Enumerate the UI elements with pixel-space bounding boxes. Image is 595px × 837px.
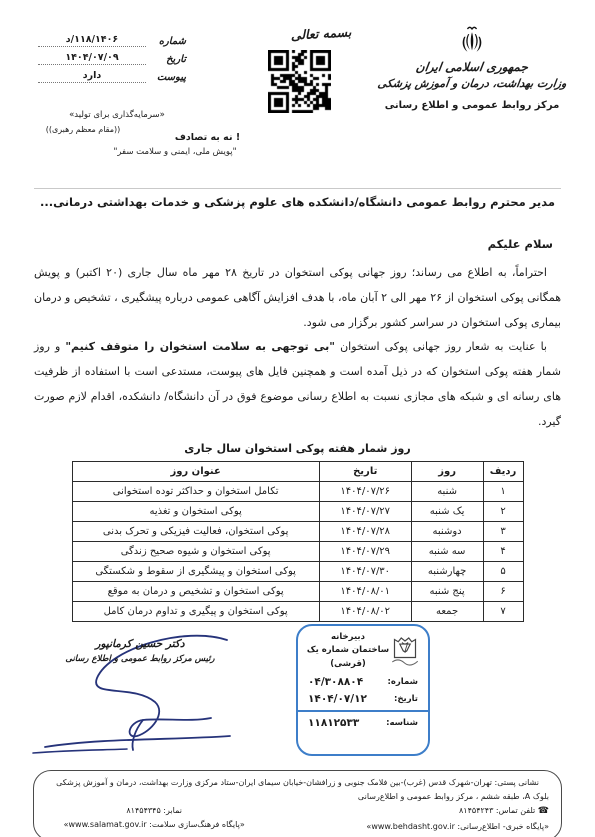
ref-attachment-value: دارد xyxy=(38,70,146,83)
cell-day: یک شنبه xyxy=(411,502,483,522)
cell-date: ۱۴۰۴/۰۷/۲۷ xyxy=(319,502,411,522)
phone-icon: ☎ xyxy=(538,806,549,816)
stamp-number-label: شماره: xyxy=(387,677,418,687)
department-name: مرکز روابط عمومی و اطلاع رسانی xyxy=(377,100,567,111)
addressee-line: مدیر محترم روابط عمومی دانشگاه/دانشکده ه… xyxy=(34,195,561,209)
footer-contact-box: نشانی پستی: تهران-شهرک قدس (غرب)-بین فلا… xyxy=(33,770,562,837)
besmele-calligraphy: بسمه تعالی xyxy=(283,24,360,43)
table-row: ۶پنج شنبه۱۴۰۴/۰۸/۰۱پوکی استخوان و تشخیص … xyxy=(72,582,523,602)
table-row: ۱شنبه۱۴۰۴/۰۷/۲۶تکامل استخوان و حداکثر تو… xyxy=(72,482,523,502)
stamp-date-label: تاریخ: xyxy=(394,694,418,704)
table-row: ۵چهارشنبه۱۴۰۴/۰۷/۳۰پوکی استخوان و پیشگیر… xyxy=(72,562,523,582)
table-row: ۴سه شنبه۱۴۰۴/۰۷/۲۹پوکی استخوان و شیوه صح… xyxy=(72,542,523,562)
cell-date: ۱۴۰۴/۰۸/۰۲ xyxy=(319,602,411,622)
cell-index: ۷ xyxy=(483,602,523,622)
cell-date: ۱۴۰۴/۰۷/۲۶ xyxy=(319,482,411,502)
ref-date-label: تاریخ xyxy=(146,54,186,65)
cell-topic: پوکی استخوان و تغذیه xyxy=(72,502,319,522)
iran-emblem-icon xyxy=(459,24,485,56)
ref-number-label: شماره xyxy=(146,36,186,47)
col-header-day: روز xyxy=(411,462,483,482)
postal-address-line1: نشانی پستی: تهران-شهرک قدس (غرب)-بین فلا… xyxy=(46,776,549,790)
cell-topic: تکامل استخوان و حداکثر توده استخوانی xyxy=(72,482,319,502)
paragraph-1: احتراماً، به اطلاع می رساند؛ روز جهانی پ… xyxy=(34,261,561,335)
footer-left-column: نمابر: ۸۱۴۵۴۳۴۵ «پایگاه فرهنگ‌سازی سلامت… xyxy=(46,804,262,834)
table-header-row: ردیف روز تاریخ عنوان روز xyxy=(72,462,523,482)
paragraph-2-prefix: با عنایت به شعار روز جهانی پوکی استخوان xyxy=(335,340,547,353)
stamp-office-block: دبیرخانه ساختمان شماره یک (قرشی) xyxy=(306,631,390,671)
news-site-line: «پایگاه خبری- اطلاع‌رسانی: www.behdasht.… xyxy=(262,820,549,834)
ref-attachment-label: پیوست xyxy=(146,72,186,83)
stamp-branch: (قرشی) xyxy=(306,658,390,671)
ministry-name: وزارت بهداشت، درمان و آموزش پزشکی xyxy=(376,76,568,93)
cell-day: پنج شنبه xyxy=(411,582,483,602)
stamp-date-row: تاریخ: ۱۴۰۴/۰۷/۱۲ xyxy=(306,693,420,705)
cell-day: سه شنبه xyxy=(411,542,483,562)
table-row: ۷جمعه۱۴۰۴/۰۸/۰۲پوکی استخوان و پیگیری و ت… xyxy=(72,602,523,622)
slogan-no-accident: ! نه به تصادف xyxy=(150,132,265,143)
cell-day: دوشنبه xyxy=(411,522,483,542)
salutation: سلام علیکم xyxy=(34,237,561,251)
fax-line: نمابر: ۸۱۴۵۴۳۴۵ xyxy=(46,804,262,818)
cell-day: شنبه xyxy=(411,482,483,502)
phone-line: ☎ تلفن تماس: ۸۱۴۵۴۲۴۳ xyxy=(262,804,549,820)
cell-index: ۱ xyxy=(483,482,523,502)
cell-topic: پوکی استخوان و پیگیری و تداوم درمان کامل xyxy=(72,602,319,622)
cell-index: ۵ xyxy=(483,562,523,582)
cell-day: چهارشنبه xyxy=(411,562,483,582)
ref-attachment-row: پیوست دارد xyxy=(38,70,186,83)
stamp-id-row: شناسه: ۱۱۸۱۲۵۳۳ xyxy=(306,717,420,729)
cell-index: ۲ xyxy=(483,502,523,522)
campaign-motto: "بی توجهی به سلامت استخوان را متوقف کنیم… xyxy=(65,340,335,353)
slogan-investment: «سرمایه‌گذاری برای تولید» xyxy=(42,110,192,120)
phone-number: تلفن تماس: ۸۱۴۵۴۲۴۳ xyxy=(459,806,535,815)
signatory-name: دکتر حسین کرمانپور xyxy=(55,638,225,650)
cell-day: جمعه xyxy=(411,602,483,622)
postal-address-line2: بلوک A، طبقه ششم ، مرکز روابط عمومی و اط… xyxy=(46,790,549,804)
qr-code xyxy=(268,50,331,113)
letter-page: جمهوری اسلامی ایران وزارت بهداشت، درمان … xyxy=(0,0,595,837)
paragraph-2-rest: و روز شمار هفته پوکی استخوان که در ذیل آ… xyxy=(34,340,561,427)
cell-date: ۱۴۰۴/۰۸/۰۱ xyxy=(319,582,411,602)
cell-topic: پوکی استخوان و پیشگیری از سقوط و شکستگی xyxy=(72,562,319,582)
reference-block: شماره د/۱۱۸/۱۴۰۶ تاریخ ۱۴۰۴/۰۷/۰۹ پیوست … xyxy=(38,34,186,88)
country-name: جمهوری اسلامی ایران xyxy=(376,58,569,76)
signatory-title: رئیس مرکز روابط عمومی و اطلاع رسانی xyxy=(55,654,225,664)
paragraph-2: با عنایت به شعار روز جهانی پوکی استخوان … xyxy=(34,335,561,434)
slogan-attribution: ((مقام معظم رهبری)) xyxy=(28,125,138,134)
signature-stamp-area: دکتر حسین کرمانپور رئیس مرکز روابط عمومی… xyxy=(0,624,595,764)
cell-index: ۴ xyxy=(483,542,523,562)
pharmacy-stamp-icon xyxy=(390,632,420,668)
stamp-id-value: ۱۱۸۱۲۵۳۳ xyxy=(308,717,359,729)
stamp-number-row: شماره: ۰۴/۳۰۸۸۰۴ xyxy=(306,676,420,688)
letterhead: جمهوری اسلامی ایران وزارت بهداشت، درمان … xyxy=(0,0,595,188)
ref-number-row: شماره د/۱۱۸/۱۴۰۶ xyxy=(38,34,186,47)
ref-date-row: تاریخ ۱۴۰۴/۰۷/۰۹ xyxy=(38,52,186,65)
ref-date-value: ۱۴۰۴/۰۷/۰۹ xyxy=(38,52,146,65)
schedule-table: ردیف روز تاریخ عنوان روز ۱شنبه۱۴۰۴/۰۷/۲۶… xyxy=(72,461,524,622)
cell-date: ۱۴۰۴/۰۷/۳۰ xyxy=(319,562,411,582)
table-row: ۲یک شنبه۱۴۰۴/۰۷/۲۷پوکی استخوان و تغذیه xyxy=(72,502,523,522)
col-header-topic: عنوان روز xyxy=(72,462,319,482)
table-title: روز شمار هفته پوکی استخوان سال جاری xyxy=(34,442,561,455)
stamp-building: ساختمان شماره یک xyxy=(306,644,390,657)
health-site-line: «پایگاه فرهنگ‌سازی سلامت: www.salamat.go… xyxy=(46,818,262,832)
footer-columns: ☎ تلفن تماس: ۸۱۴۵۴۲۴۳ «پایگاه خبری- اطلا… xyxy=(46,804,549,834)
stamp-office: دبیرخانه xyxy=(306,631,390,644)
cell-index: ۳ xyxy=(483,522,523,542)
stamp-number-value: ۰۴/۳۰۸۸۰۴ xyxy=(308,676,363,688)
cell-index: ۶ xyxy=(483,582,523,602)
cell-topic: پوکی استخوان، فعالیت فیزیکی و تحرک بدنی xyxy=(72,522,319,542)
table-row: ۳دوشنبه۱۴۰۴/۰۷/۲۸پوکی استخوان، فعالیت فی… xyxy=(72,522,523,542)
government-block: جمهوری اسلامی ایران وزارت بهداشت، درمان … xyxy=(377,24,567,111)
header-divider xyxy=(34,188,561,189)
cell-topic: پوکی استخوان و شیوه صحیح زندگی xyxy=(72,542,319,562)
col-header-date: تاریخ xyxy=(319,462,411,482)
schedule-table-body: ۱شنبه۱۴۰۴/۰۷/۲۶تکامل استخوان و حداکثر تو… xyxy=(72,482,523,622)
stamp-date-value: ۱۴۰۴/۰۷/۱۲ xyxy=(308,693,367,705)
secretariat-stamp: دبیرخانه ساختمان شماره یک (قرشی) شماره: … xyxy=(296,624,430,756)
stamp-id-label: شناسه: xyxy=(386,718,418,728)
stamp-divider xyxy=(298,710,428,712)
slogan-travel-safety: "پویش ملی، ایمنی و سلامت سفر" xyxy=(70,147,280,157)
footer-right-column: ☎ تلفن تماس: ۸۱۴۵۴۲۴۳ «پایگاه خبری- اطلا… xyxy=(262,804,549,834)
signatory-block: دکتر حسین کرمانپور رئیس مرکز روابط عمومی… xyxy=(55,638,225,664)
letter-body: مدیر محترم روابط عمومی دانشگاه/دانشکده ه… xyxy=(0,195,595,622)
cell-topic: پوکی استخوان و تشخیص و درمان به موقع xyxy=(72,582,319,602)
ref-number-value: د/۱۱۸/۱۴۰۶ xyxy=(38,34,146,47)
cell-date: ۱۴۰۴/۰۷/۲۸ xyxy=(319,522,411,542)
stamp-header: دبیرخانه ساختمان شماره یک (قرشی) xyxy=(306,631,420,671)
cell-date: ۱۴۰۴/۰۷/۲۹ xyxy=(319,542,411,562)
col-header-index: ردیف xyxy=(483,462,523,482)
